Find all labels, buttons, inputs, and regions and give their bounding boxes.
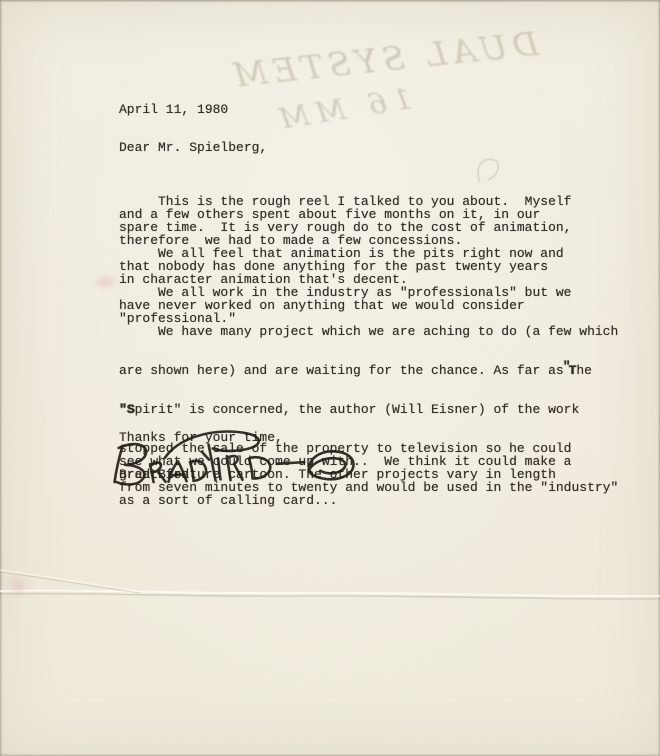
ink-smudge: [92, 274, 118, 290]
letter-date: April 11, 1980: [119, 103, 228, 116]
letter-page: DUAL SYSTEM 16 MM April 11, 1980 Dear Mr…: [0, 0, 660, 756]
body-line-as-far-as: are shown here) and are waiting for the …: [119, 364, 618, 377]
handwritten-quote-mark: ": [563, 359, 571, 374]
fold-shading: [0, 598, 660, 756]
body-line-spirit: "Spirit" is concerned, the author (Will …: [119, 403, 618, 416]
fold-crease: [0, 560, 660, 620]
show-through-text-16mm: 16 MM: [270, 81, 414, 137]
line-text-pre: are shown here) and are waiting for the …: [119, 363, 564, 378]
handwritten-signature: [105, 428, 360, 492]
line-text-rest: pirit" is concerned, the author (Will Ei…: [135, 402, 580, 417]
ink-smudge: [8, 574, 28, 598]
letter-salutation: Dear Mr. Spielberg,: [119, 141, 267, 154]
overstruck-quote-s: "S: [119, 402, 135, 417]
line-text-rest: he: [576, 363, 592, 378]
body-paragraphs-1: This is the rough reel I talked to you a…: [119, 195, 618, 338]
